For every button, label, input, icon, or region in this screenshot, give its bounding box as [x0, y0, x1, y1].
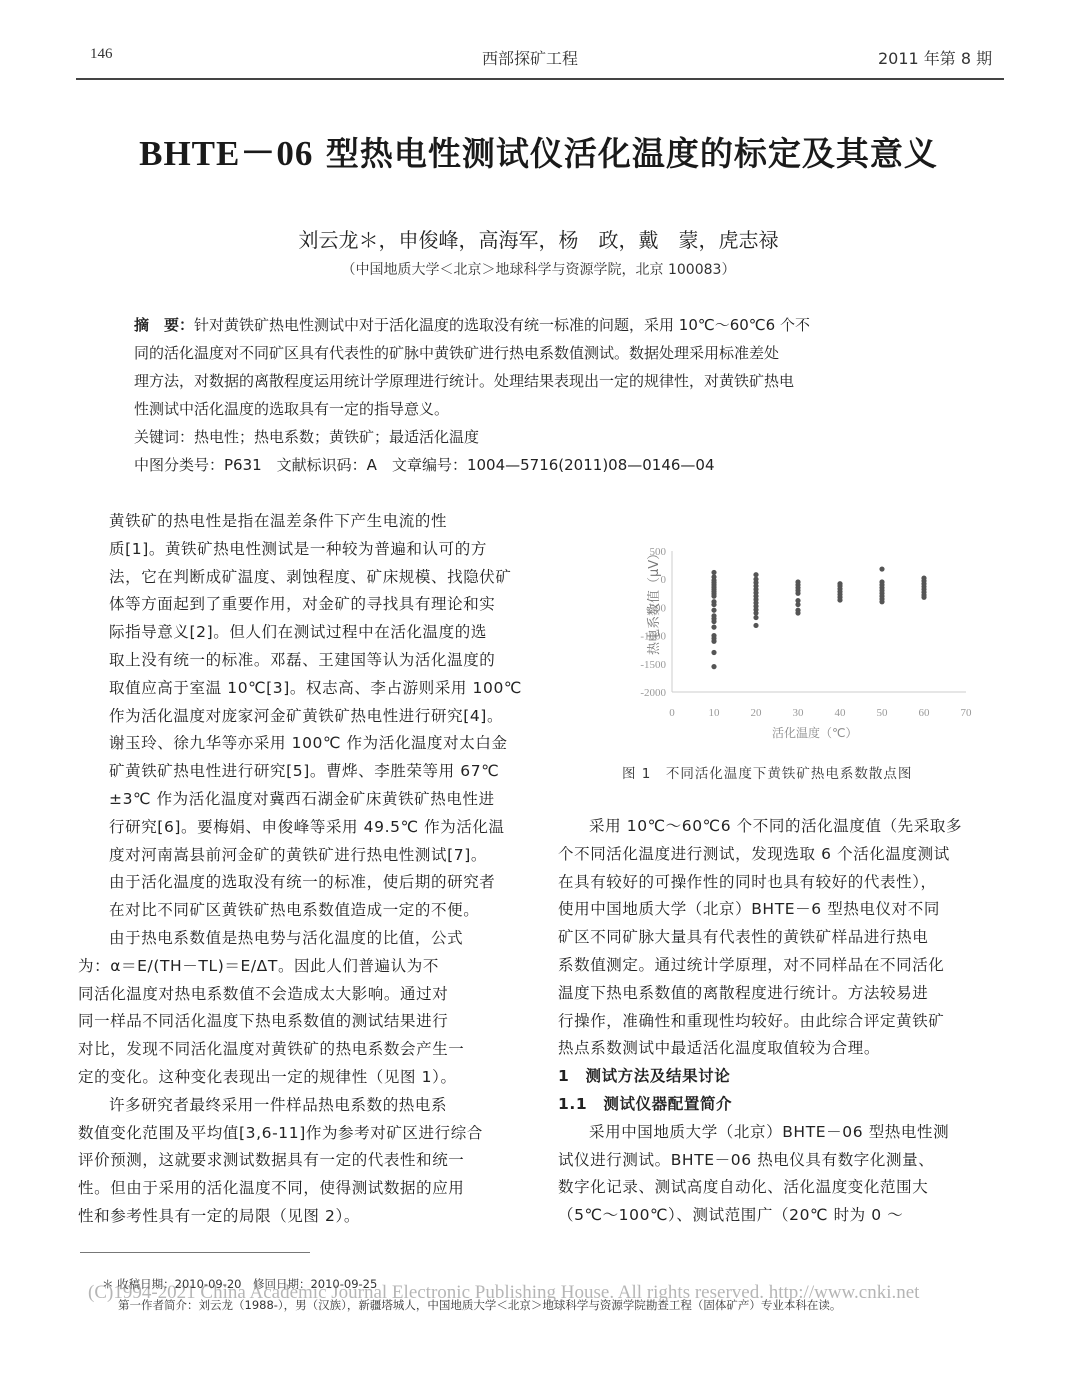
title-model: BHTE－06	[139, 134, 313, 173]
author-list: 刘云龙＊，申俊峰，高海军，杨 政，戴 蒙，虎志禄	[0, 224, 1077, 253]
figure-1-caption: 图 1 不同活化温度下黄铁矿热电系数散点图	[622, 762, 912, 782]
paragraph-2: 由于热电系数值是热电势与活化温度的比值，公式 为：α＝E/(TH－TL)＝E/Δ…	[78, 925, 522, 1092]
data-point	[711, 639, 716, 644]
journal-name: 西部探矿工程	[482, 46, 578, 69]
y-axis-label: 热电系数值（μV）	[646, 547, 662, 655]
x-tick-label: 10	[709, 707, 721, 719]
x-tick-label: 50	[877, 707, 889, 719]
data-point	[711, 608, 716, 613]
paragraph-r1: 采用 10℃～60℃6 个不同的活化温度值（先采取多 个不同活化温度进行测试，发…	[558, 813, 1004, 1063]
header-rule	[76, 78, 1004, 80]
data-point	[795, 591, 800, 596]
affiliation: （中国地质大学＜北京＞地球科学与资源学院，北京 100083）	[0, 259, 1077, 279]
x-axis-label: 活化温度（℃）	[772, 725, 857, 740]
data-point	[711, 602, 716, 607]
page-number: 146	[90, 46, 113, 63]
data-point	[711, 664, 716, 669]
data-point	[711, 594, 716, 599]
data-point	[795, 602, 800, 607]
issue-label: 2011 年第 8 期	[878, 46, 992, 69]
scatter-plot: 5000-500-1000-1500-2000010203040506070 热…	[600, 535, 990, 745]
data-point	[753, 615, 758, 620]
y-tick-label: -1500	[640, 659, 666, 671]
footnote-rule	[80, 1252, 310, 1253]
abstract-line: 理方法，对数据的离散程度运用统计学原理进行统计。处理结果表现出一定的规律性，对黄…	[134, 367, 949, 395]
data-point	[837, 597, 842, 602]
abstract-line: 同的活化温度对不同矿区具有代表性的矿脉中黄铁矿进行热电系数值测试。数据处理采用标…	[134, 339, 949, 367]
data-point	[711, 570, 716, 575]
keywords-label: 关键词：	[134, 428, 194, 446]
data-point	[753, 572, 758, 577]
author-bio: 第一作者简介：刘云龙（1988-），男（汉族），新疆塔城人，中国地质大学＜北京＞…	[118, 1297, 841, 1313]
abstract-line: 摘 要：针对黄铁矿热电性测试中对于活化温度的选取没有统一标准的问题，采用 10℃…	[134, 311, 949, 339]
paragraph-3: 许多研究者最终采用一件样品热电系数的热电系 数值变化范围及平均值[3,6-11]…	[78, 1092, 522, 1231]
title-text: 型热电性测试仪活化温度的标定及其意义	[313, 134, 938, 173]
x-tick-label: 0	[669, 707, 675, 719]
abstract-line: 性测试中活化温度的选取具有一定的指导意义。	[134, 395, 949, 423]
abstract: 摘 要：针对黄铁矿热电性测试中对于活化温度的选取没有统一标准的问题，采用 10℃…	[134, 311, 949, 479]
figure-1-chart: 5000-500-1000-1500-2000010203040506070 热…	[600, 535, 990, 735]
data-point	[879, 599, 884, 604]
y-tick-label: -2000	[640, 687, 666, 699]
x-tick-label: 70	[961, 707, 973, 719]
paragraph-1: 黄铁矿的热电性是指在温差条件下产生电流的性 质[1]。黄铁矿热电性测试是一种较为…	[78, 508, 522, 925]
article-title: BHTE－06 型热电性测试仪活化温度的标定及其意义	[0, 126, 1077, 176]
section-heading-1: 1 测试方法及结果讨论	[558, 1063, 1004, 1091]
data-point	[795, 610, 800, 615]
x-tick-label: 60	[919, 707, 931, 719]
data-point	[753, 610, 758, 615]
keywords: 关键词：热电性；热电系数；黄铁矿；最适活化温度	[134, 423, 949, 451]
abstract-label: 摘 要：	[134, 316, 194, 334]
paragraph-r2: 采用中国地质大学（北京）BHTE－06 型热电性测 试仪进行测试。BHTE－06…	[558, 1119, 1004, 1230]
data-point	[879, 566, 884, 571]
data-point	[753, 623, 758, 628]
x-tick-label: 30	[793, 707, 805, 719]
data-point	[711, 625, 716, 630]
data-point	[921, 595, 926, 600]
classification: 中图分类号：P631 文献标识码：A 文章编号：1004—5716(2011)0…	[134, 451, 949, 479]
x-tick-label: 40	[835, 707, 847, 719]
right-column: 采用 10℃～60℃6 个不同的活化温度值（先采取多 个不同活化温度进行测试，发…	[558, 813, 1004, 1230]
data-point	[711, 619, 716, 624]
data-point	[711, 650, 716, 655]
section-heading-1-1: 1.1 测试仪器配置简介	[558, 1091, 1004, 1119]
left-column: 黄铁矿的热电性是指在温差条件下产生电流的性 质[1]。黄铁矿热电性测试是一种较为…	[78, 508, 522, 1231]
x-tick-label: 20	[751, 707, 763, 719]
